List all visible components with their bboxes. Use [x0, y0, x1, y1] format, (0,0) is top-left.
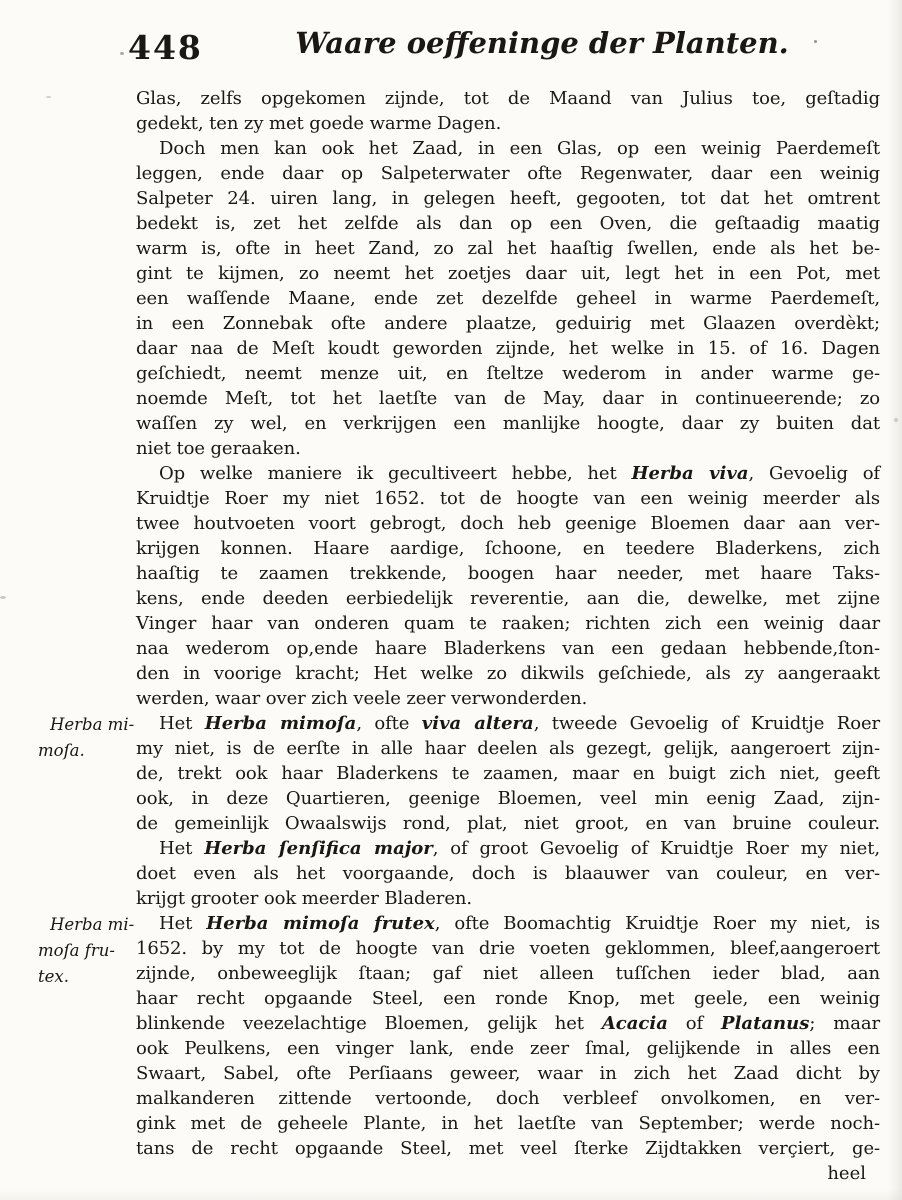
text-run: Salpeter 24. uiren lang, in gelegen heef…: [136, 188, 880, 209]
text-run: naa wederom op,ende haare Bladerkens van…: [136, 638, 880, 659]
text-line: niet toe geraaken.: [136, 436, 880, 461]
latin-term: Platanus: [721, 1013, 809, 1034]
text-line: Het Herba ſenſifica major, of groot Gevo…: [136, 836, 880, 861]
text-run: Kruidtje Roer my niet 1652. tot de hoogt…: [136, 488, 880, 509]
text-run: Swaart, Sabel, ofte Perſiaans geweer, wa…: [136, 1063, 880, 1084]
text-line: in een Zonnebak ofte andere plaatze, ged…: [136, 311, 880, 336]
text-line: doet even als het voorgaande, doch is bl…: [136, 861, 880, 886]
scan-speck: [894, 418, 898, 422]
margin-note: Herba mi-moſa fru-tex.: [38, 912, 138, 990]
text-run: den in voorige kracht; Het welke zo dikw…: [136, 663, 880, 684]
text-run: Het: [159, 838, 204, 859]
text-run: zijnde, onbeweeglijk ſtaan; gaf niet all…: [136, 963, 880, 984]
latin-term: Herba ſenſifica major: [204, 838, 433, 859]
page-number: 448: [128, 28, 203, 67]
body-text: Glas, zelfs opgekomen zijnde, tot de Maa…: [136, 86, 880, 1186]
text-line: twee houtvoeten voort gebrogt, doch heb …: [136, 511, 880, 536]
text-line: geſchiedt, neemt menze uit, en ſteltze w…: [136, 361, 880, 386]
text-line: warm is, ofte in heet Zand, zo zal het h…: [136, 236, 880, 261]
text-run: kens, ende deeden eerbiedelijk reverenti…: [136, 588, 880, 609]
text-run: gint te kijmen, zo neemt het zoetjes daa…: [136, 263, 880, 284]
text-run: my niet, is de eerſte in alle haar deele…: [136, 738, 880, 759]
text-run: de gemeinlijk Owaalswijs rond, plat, nie…: [136, 813, 880, 834]
text-line: my niet, is de eerſte in alle haar deele…: [136, 736, 880, 761]
text-line: zijnde, onbeweeglijk ſtaan; gaf niet all…: [136, 961, 880, 986]
text-run: ; maar: [809, 1013, 880, 1034]
text-run: ook Peulkens, een vinger lank, ende zeer…: [136, 1038, 880, 1059]
text-run: of: [668, 1013, 721, 1034]
running-title: Waare oeffeninge der Planten.: [282, 26, 802, 60]
text-run: Het: [159, 713, 205, 734]
text-line: waſſen zy wel, en verkrijgen een manlijk…: [136, 411, 880, 436]
text-line: werden, waar over zich veele zeer verwon…: [136, 686, 880, 711]
text-line: Swaart, Sabel, ofte Perſiaans geweer, wa…: [136, 1061, 880, 1086]
text-run: de, trekt ook haar Bladerkens te zaamen,…: [136, 763, 880, 784]
text-run: bedekt is, zet het zelfde als dan op een…: [136, 213, 880, 234]
text-line: haaſtig te zaamen trekkende, boogen haar…: [136, 561, 880, 586]
text-line: Glas, zelfs opgekomen zijnde, tot de Maa…: [136, 86, 880, 111]
scan-speck: [814, 40, 817, 43]
text-run: blinkende veezelachtige Bloemen, gelijk …: [136, 1013, 602, 1034]
text-run: gedekt, ten zy met goede warme Dagen.: [136, 113, 501, 134]
text-line: kens, ende deeden eerbiedelijk reverenti…: [136, 586, 880, 611]
text-line: gint te kijmen, zo neemt het zoetjes daa…: [136, 261, 880, 286]
text-line: ook, in deze Quartieren, geenige Bloemen…: [136, 786, 880, 811]
text-line: Het Herba mimoſa, ofte viva altera, twee…: [136, 711, 880, 736]
text-run: niet toe geraaken.: [136, 438, 301, 459]
text-run: , ofte Boomachtig Kruidtje Roer my niet,…: [435, 913, 880, 934]
text-line: den in voorige kracht; Het welke zo dikw…: [136, 661, 880, 686]
text-line: daar naa de Meſt koudt geworden zijnde, …: [136, 336, 880, 361]
text-run: doet even als het voorgaande, doch is bl…: [136, 863, 880, 884]
text-run: haar recht opgaande Steel, een ronde Kno…: [136, 988, 880, 1009]
margin-note: Herba mi-moſa.: [38, 712, 138, 764]
text-line: Het Herba mimoſa frutex, ofte Boomachtig…: [136, 911, 880, 936]
margin-note-line: moſa fru-: [38, 938, 138, 964]
latin-term: Herba viva: [631, 463, 748, 484]
text-run: geſchiedt, neemt menze uit, en ſteltze w…: [136, 363, 880, 384]
text-line: Salpeter 24. uiren lang, in gelegen heef…: [136, 186, 880, 211]
scan-speck: [46, 96, 51, 98]
text-line: Doch men kan ook het Zaad, in een Glas, …: [136, 136, 880, 161]
text-line: krijgen konnen. Haare aardige, ſchoone, …: [136, 536, 880, 561]
text-line: gink met de geheele Plante, in het laetſ…: [136, 1111, 880, 1136]
text-run: , of groot Gevoelig of Kruidtje Roer my …: [433, 838, 880, 859]
text-line: malkanderen zittende vertoonde, doch ver…: [136, 1086, 880, 1111]
text-run: tans de recht opgaande Steel, met veel ſ…: [136, 1138, 880, 1159]
text-run: 1652. by my tot de hoogte van drie voete…: [136, 938, 880, 959]
text-line: de gemeinlijk Owaalswijs rond, plat, nie…: [136, 811, 880, 836]
text-line: naa wederom op,ende haare Bladerkens van…: [136, 636, 880, 661]
text-run: Glas, zelfs opgekomen zijnde, tot de Maa…: [136, 88, 880, 109]
margin-note-line: Herba mi-: [38, 912, 138, 938]
text-run: daar naa de Meſt koudt geworden zijnde, …: [136, 338, 880, 359]
text-run: ook, in deze Quartieren, geenige Bloemen…: [136, 788, 880, 809]
text-run: krijgt grooter ook meerder Bladeren.: [136, 888, 472, 909]
text-run: , ofte: [356, 713, 421, 734]
text-line: Vinger haar van onderen quam te raaken; …: [136, 611, 880, 636]
text-run: leggen, ende daar op Salpeterwater ofte …: [136, 163, 880, 184]
text-line: blinkende veezelachtige Bloemen, gelijk …: [136, 1011, 880, 1036]
text-run: gink met de geheele Plante, in het laetſ…: [136, 1113, 880, 1134]
text-line: de, trekt ook haar Bladerkens te zaamen,…: [136, 761, 880, 786]
text-line: tans de recht opgaande Steel, met veel ſ…: [136, 1136, 880, 1161]
text-run: in een Zonnebak ofte andere plaatze, ged…: [136, 313, 880, 334]
text-run: Vinger haar van onderen quam te raaken; …: [136, 613, 880, 634]
text-line: leggen, ende daar op Salpeterwater ofte …: [136, 161, 880, 186]
text-line: bedekt is, zet het zelfde als dan op een…: [136, 211, 880, 236]
latin-term: Herba mimoſa frutex: [206, 913, 435, 934]
margin-note-line: moſa.: [38, 738, 138, 764]
text-run: een waſſende Maane, ende zet dezelfde ge…: [136, 288, 880, 309]
text-run: Op welke maniere ik gecultiveert hebbe, …: [159, 463, 631, 484]
text-line: krijgt grooter ook meerder Bladeren.: [136, 886, 880, 911]
text-line: Kruidtje Roer my niet 1652. tot de hoogt…: [136, 486, 880, 511]
text-line: ook Peulkens, een vinger lank, ende zeer…: [136, 1036, 880, 1061]
text-run: Het: [159, 913, 206, 934]
text-run: twee houtvoeten voort gebrogt, doch heb …: [136, 513, 880, 534]
book-page: 448 Waare oeffeninge der Planten. Herba …: [0, 0, 902, 1200]
text-run: malkanderen zittende vertoonde, doch ver…: [136, 1088, 880, 1109]
margin-notes: Herba mi-moſa.Herba mi-moſa fru-tex.: [0, 0, 136, 1200]
catchword: heel: [136, 1161, 880, 1186]
latin-term: viva altera: [422, 713, 534, 734]
text-run: , Gevoelig of: [749, 463, 880, 484]
text-run: warm is, ofte in heet Zand, zo zal het h…: [136, 238, 880, 259]
text-line: haar recht opgaande Steel, een ronde Kno…: [136, 986, 880, 1011]
text-run: krijgen konnen. Haare aardige, ſchoone, …: [136, 538, 880, 559]
text-line: noemde Meſt, tot het laetſte van de May,…: [136, 386, 880, 411]
margin-note-line: Herba mi-: [38, 712, 138, 738]
text-line: een waſſende Maane, ende zet dezelfde ge…: [136, 286, 880, 311]
text-run: , tweede Gevoelig of Kruidtje Roer: [534, 713, 880, 734]
text-run: werden, waar over zich veele zeer verwon…: [136, 688, 587, 709]
scan-speck: [120, 52, 124, 55]
text-line: Op welke maniere ik gecultiveert hebbe, …: [136, 461, 880, 486]
text-run: noemde Meſt, tot het laetſte van de May,…: [136, 388, 880, 409]
scan-speck: [0, 596, 6, 599]
text-run: Doch men kan ook het Zaad, in een Glas, …: [159, 138, 880, 159]
text-line: gedekt, ten zy met goede warme Dagen.: [136, 111, 880, 136]
latin-term: Herba mimoſa: [205, 713, 357, 734]
text-line: 1652. by my tot de hoogte van drie voete…: [136, 936, 880, 961]
text-run: waſſen zy wel, en verkrijgen een manlijk…: [136, 413, 880, 434]
text-run: haaſtig te zaamen trekkende, boogen haar…: [136, 563, 880, 584]
margin-note-line: tex.: [38, 964, 138, 990]
latin-term: Acacia: [602, 1013, 668, 1034]
